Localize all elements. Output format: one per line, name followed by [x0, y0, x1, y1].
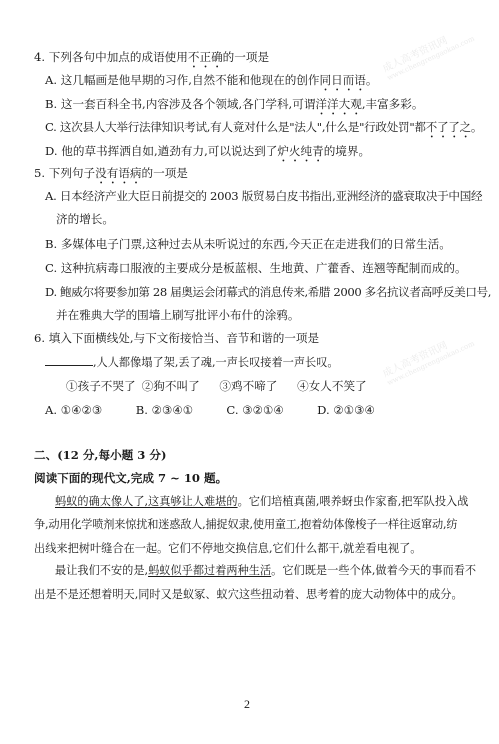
- question-4-option-b: B. 这一套百科全书,内容涉及各个领域,各门学科,可谓洋洋大观,丰富多彩。: [45, 97, 423, 118]
- watermark: 成人高考资讯网 www.chengrengaokao.com: [380, 21, 476, 82]
- question-6-sentence: ,人人都像塌了架,丢了魂,一声长叹接着一声长叹。: [45, 355, 339, 370]
- item-2: ②狗不叫了: [142, 379, 204, 393]
- passage-paragraph-1-line-3: 出线来把树叶缝合在一起。它们不停地交换信息,它们什么都干,就差看电视了。: [34, 542, 422, 556]
- question-5-option-b: B. 多媒体电子门票,这种过去从未听说过的东西,今天正在走进我们的日常生活。: [45, 237, 451, 251]
- question-5-stem: 5. 下列句子没有语病的一项是: [34, 166, 188, 187]
- question-4-option-d: D. 他的草书挥洒自如,遒劲有力,可以说达到了炉火纯青的境界。: [45, 144, 370, 165]
- idiom-dotted: 炉火纯青: [277, 144, 323, 158]
- question-5-option-a-cont: 济的增长。: [56, 212, 114, 226]
- section-2-instruction: 阅读下面的现代文,完成 7 ~ 10 题。: [34, 471, 227, 485]
- page-number: 2: [244, 697, 250, 712]
- passage-paragraph-2-line-2: 出是不是还想着明天,同时又是蚁冢、蚁穴这些扭动着、思考着的庞大动物体中的成分。: [34, 588, 463, 602]
- question-4-option-a: A. 这几幅画是他早期的习作,自然不能和他现在的创作同日而语。: [45, 73, 378, 94]
- question-5-option-a: A. 日本经济产业大臣日前提交的 2003 版贸易白皮书指出,亚洲经济的盛衰取决…: [45, 189, 482, 203]
- idiom-dotted: 同日而语: [320, 73, 366, 87]
- emphasis-dotted: 没有语病: [95, 166, 141, 180]
- fill-blank: [45, 355, 93, 366]
- section-2-heading: 二、(12 分,每小题 3 分): [34, 448, 166, 462]
- idiom-dotted: 洋洋大观: [315, 97, 361, 111]
- passage-paragraph-1-line-1: 蚂蚁的确太像人了,这真够让人难堪的。它们培植真菌,喂养蚜虫作家畜,把军队投入战: [55, 495, 468, 509]
- choice-b: B. ②③④①: [136, 403, 223, 417]
- question-5-option-d-cont: 并在雅典大学的围墙上刷写批评小布什的涂鸦。: [56, 308, 299, 322]
- underlined-sentence: 蚂蚁的确太像人了,这真够让人难堪的: [55, 495, 238, 508]
- question-6-stem: 6. 填入下面横线处,与下文衔接恰当、音节和谐的一项是: [34, 331, 319, 345]
- question-6-choices: A. ①④②③ B. ②③④① C. ③②①④ D. ②①③④: [45, 403, 397, 417]
- choice-d: D. ②①③④: [317, 403, 397, 417]
- underlined-sentence: 蚂蚁似乎都过着两种生活: [148, 564, 271, 577]
- item-1: ①孩子不哭了: [66, 379, 126, 393]
- question-4-stem: 4. 下列各句中加点的成语使用不正确的一项是: [34, 50, 269, 71]
- passage-paragraph-1-line-2: 争,动用化学喷剂来惊扰和迷惑敌人,捕捉奴隶,使用童工,抱着幼体像梭子一样往返窜动…: [34, 518, 457, 532]
- item-3: ③鸡不啼了: [219, 379, 281, 393]
- idiom-dotted: 不了了之: [426, 120, 471, 134]
- choice-a: A. ①④②③: [45, 403, 132, 417]
- emphasis-dotted: 不正确: [188, 50, 223, 64]
- question-5-option-d: D. 鲍威尔将要参加第 28 届奥运会闭幕式的消息传来,希腊 2000 多名抗议…: [45, 285, 491, 299]
- watermark: 成人高考资讯网 www.chengrengaokao.com: [380, 326, 476, 387]
- question-6-items: ①孩子不哭了 ②狗不叫了 ③鸡不啼了 ④女人不笑了: [66, 379, 369, 393]
- choice-c: C. ③②①④: [226, 403, 313, 417]
- question-4-option-c: C. 这次县人大举行法律知识考试,有人竟对什么是"法人",什么是"行政处罚"都不…: [45, 120, 482, 141]
- passage-paragraph-2-line-1: 最让我们不安的是,蚂蚁似乎都过着两种生活。它们既是一些个体,做着今天的事而看不: [55, 564, 476, 578]
- question-5-option-c: C. 这种抗病毒口服液的主要成分是板蓝根、生地黄、广藿香、连翘等配制而成的。: [45, 261, 467, 275]
- item-4: ④女人不笑了: [297, 379, 369, 393]
